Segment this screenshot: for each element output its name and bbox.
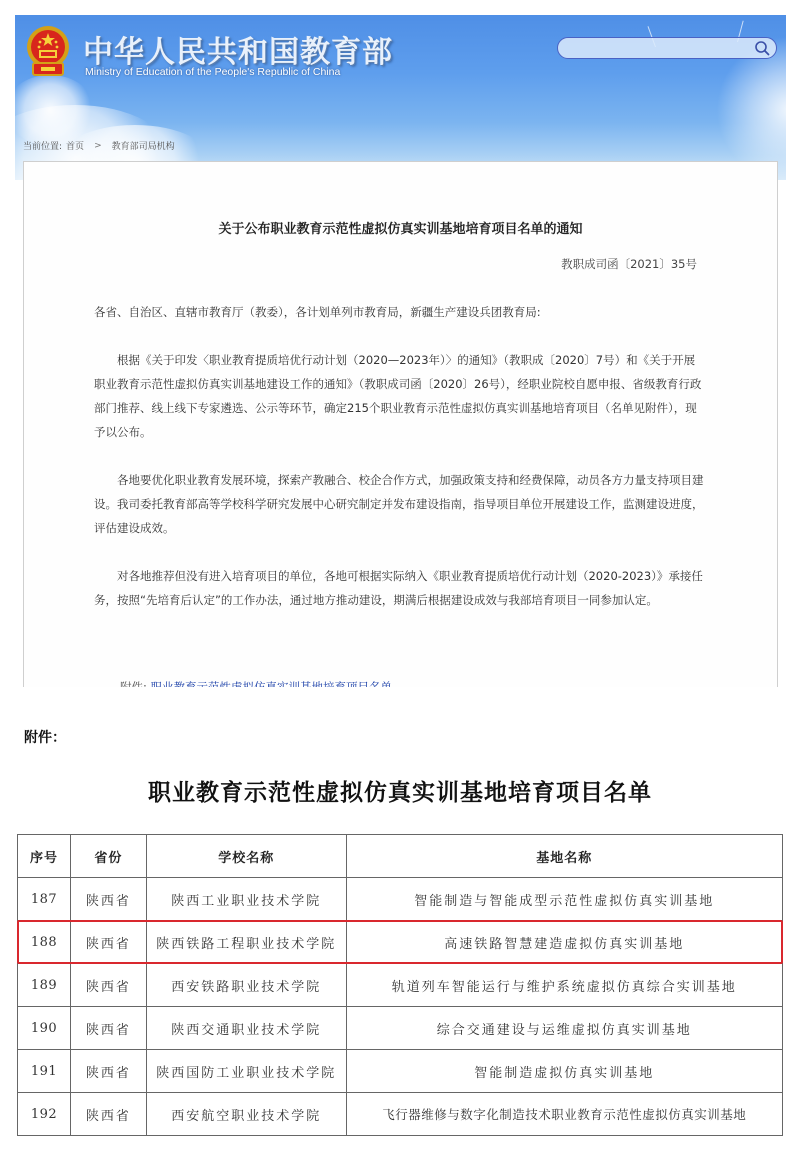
cell-school: 西安铁路职业技术学院: [146, 964, 346, 1007]
cell-school: 陕西铁路工程职业技术学院: [146, 921, 346, 964]
attachment-prefix: 附件:: [120, 680, 147, 687]
document-number: 教职成司函〔2021〕35号: [561, 256, 697, 272]
attachment-link[interactable]: 职业教育示范性虚拟仿真实训基地培育项目名单: [151, 680, 393, 687]
breadcrumb-separator: >: [94, 141, 102, 151]
site-subtitle: Ministry of Education of the People's Re…: [85, 66, 340, 78]
table-header-row: 序号 省份 学校名称 基地名称: [18, 835, 783, 878]
column-header-province: 省份: [70, 835, 146, 878]
cell-seq: 191: [18, 1050, 71, 1093]
column-header-seq: 序号: [18, 835, 71, 878]
cell-base: 飞行器维修与数字化制造技术职业教育示范性虚拟仿真实训基地: [346, 1093, 782, 1136]
table-row-highlighted: 188 陕西省 陕西铁路工程职业技术学院 高速铁路智慧建造虚拟仿真实训基地: [18, 921, 783, 964]
table-row: 187 陕西省 陕西工业职业技术学院 智能制造与智能成型示范性虚拟仿真实训基地: [18, 878, 783, 921]
table-row: 189 陕西省 西安铁路职业技术学院 轨道列车智能运行与维护系统虚拟仿真综合实训…: [18, 964, 783, 1007]
cell-province: 陕西省: [70, 878, 146, 921]
cell-base: 综合交通建设与运维虚拟仿真实训基地: [346, 1007, 782, 1050]
notice-salutation: 各省、自治区、直辖市教育厅（教委），各计划单列市教育局，新疆生产建设兵团教育局:: [94, 300, 706, 324]
cell-seq: 189: [18, 964, 71, 1007]
breadcrumb-prefix: 当前位置:: [23, 139, 62, 152]
breadcrumb-home-link[interactable]: 首页: [66, 139, 84, 152]
cell-base: 智能制造与智能成型示范性虚拟仿真实训基地: [346, 878, 782, 921]
attachment-label: 附件：: [24, 727, 66, 747]
notice-paragraph: 各地要优化职业教育发展环境，探索产教融合、校企合作方式，加强政策支持和经费保障，…: [94, 468, 706, 540]
cell-seq: 188: [18, 921, 71, 964]
table-row: 192 陕西省 西安航空职业技术学院 飞行器维修与数字化制造技术职业教育示范性虚…: [18, 1093, 783, 1136]
column-header-base: 基地名称: [346, 835, 782, 878]
site-title: 中华人民共和国教育部: [83, 27, 393, 71]
cell-province: 陕西省: [70, 1050, 146, 1093]
national-emblem-icon: [25, 25, 71, 79]
breadcrumb: 当前位置: 首页 > 教育部司局机构: [23, 139, 175, 152]
cell-province: 陕西省: [70, 1093, 146, 1136]
website-screenshot: 中华人民共和国教育部 Ministry of Education of the …: [15, 15, 786, 687]
breadcrumb-department-link[interactable]: 教育部司局机构: [112, 139, 175, 152]
cell-province: 陕西省: [70, 964, 146, 1007]
cell-seq: 187: [18, 878, 71, 921]
cell-province: 陕西省: [70, 921, 146, 964]
search-input[interactable]: [557, 37, 777, 59]
cell-base: 轨道列车智能运行与维护系统虚拟仿真综合实训基地: [346, 964, 782, 1007]
site-banner: 中华人民共和国教育部 Ministry of Education of the …: [15, 15, 786, 180]
cell-base: 高速铁路智慧建造虚拟仿真实训基地: [346, 921, 782, 964]
notice-paragraph: 对各地推荐但没有进入培育项目的单位，各地可根据实际纳入《职业教育提质培优行动计划…: [94, 564, 706, 612]
cell-province: 陕西省: [70, 1007, 146, 1050]
cell-seq: 192: [18, 1093, 71, 1136]
cell-school: 陕西工业职业技术学院: [146, 878, 346, 921]
cell-school: 陕西国防工业职业技术学院: [146, 1050, 346, 1093]
table-row: 190 陕西省 陕西交通职业技术学院 综合交通建设与运维虚拟仿真实训基地: [18, 1007, 783, 1050]
notice-paragraph: 根据《关于印发〈职业教育提质培优行动计划（2020—2023年）〉的通知》（教职…: [94, 348, 706, 444]
search-icon[interactable]: [754, 40, 770, 56]
column-header-school: 学校名称: [146, 835, 346, 878]
projects-table: 序号 省份 学校名称 基地名称 187 陕西省 陕西工业职业技术学院 智能制造与…: [17, 834, 783, 1136]
notice-content: 关于公布职业教育示范性虚拟仿真实训基地培育项目名单的通知 教职成司函〔2021〕…: [23, 161, 778, 687]
cell-base: 智能制造虚拟仿真实训基地: [346, 1050, 782, 1093]
cell-school: 西安航空职业技术学院: [146, 1093, 346, 1136]
table-row: 191 陕西省 陕西国防工业职业技术学院 智能制造虚拟仿真实训基地: [18, 1050, 783, 1093]
notice-title: 关于公布职业教育示范性虚拟仿真实训基地培育项目名单的通知: [24, 218, 777, 237]
cell-seq: 190: [18, 1007, 71, 1050]
cell-school: 陕西交通职业技术学院: [146, 1007, 346, 1050]
attachment-line: 附件: 职业教育示范性虚拟仿真实训基地培育项目名单: [120, 679, 392, 687]
list-title: 职业教育示范性虚拟仿真实训基地培育项目名单: [0, 774, 800, 807]
